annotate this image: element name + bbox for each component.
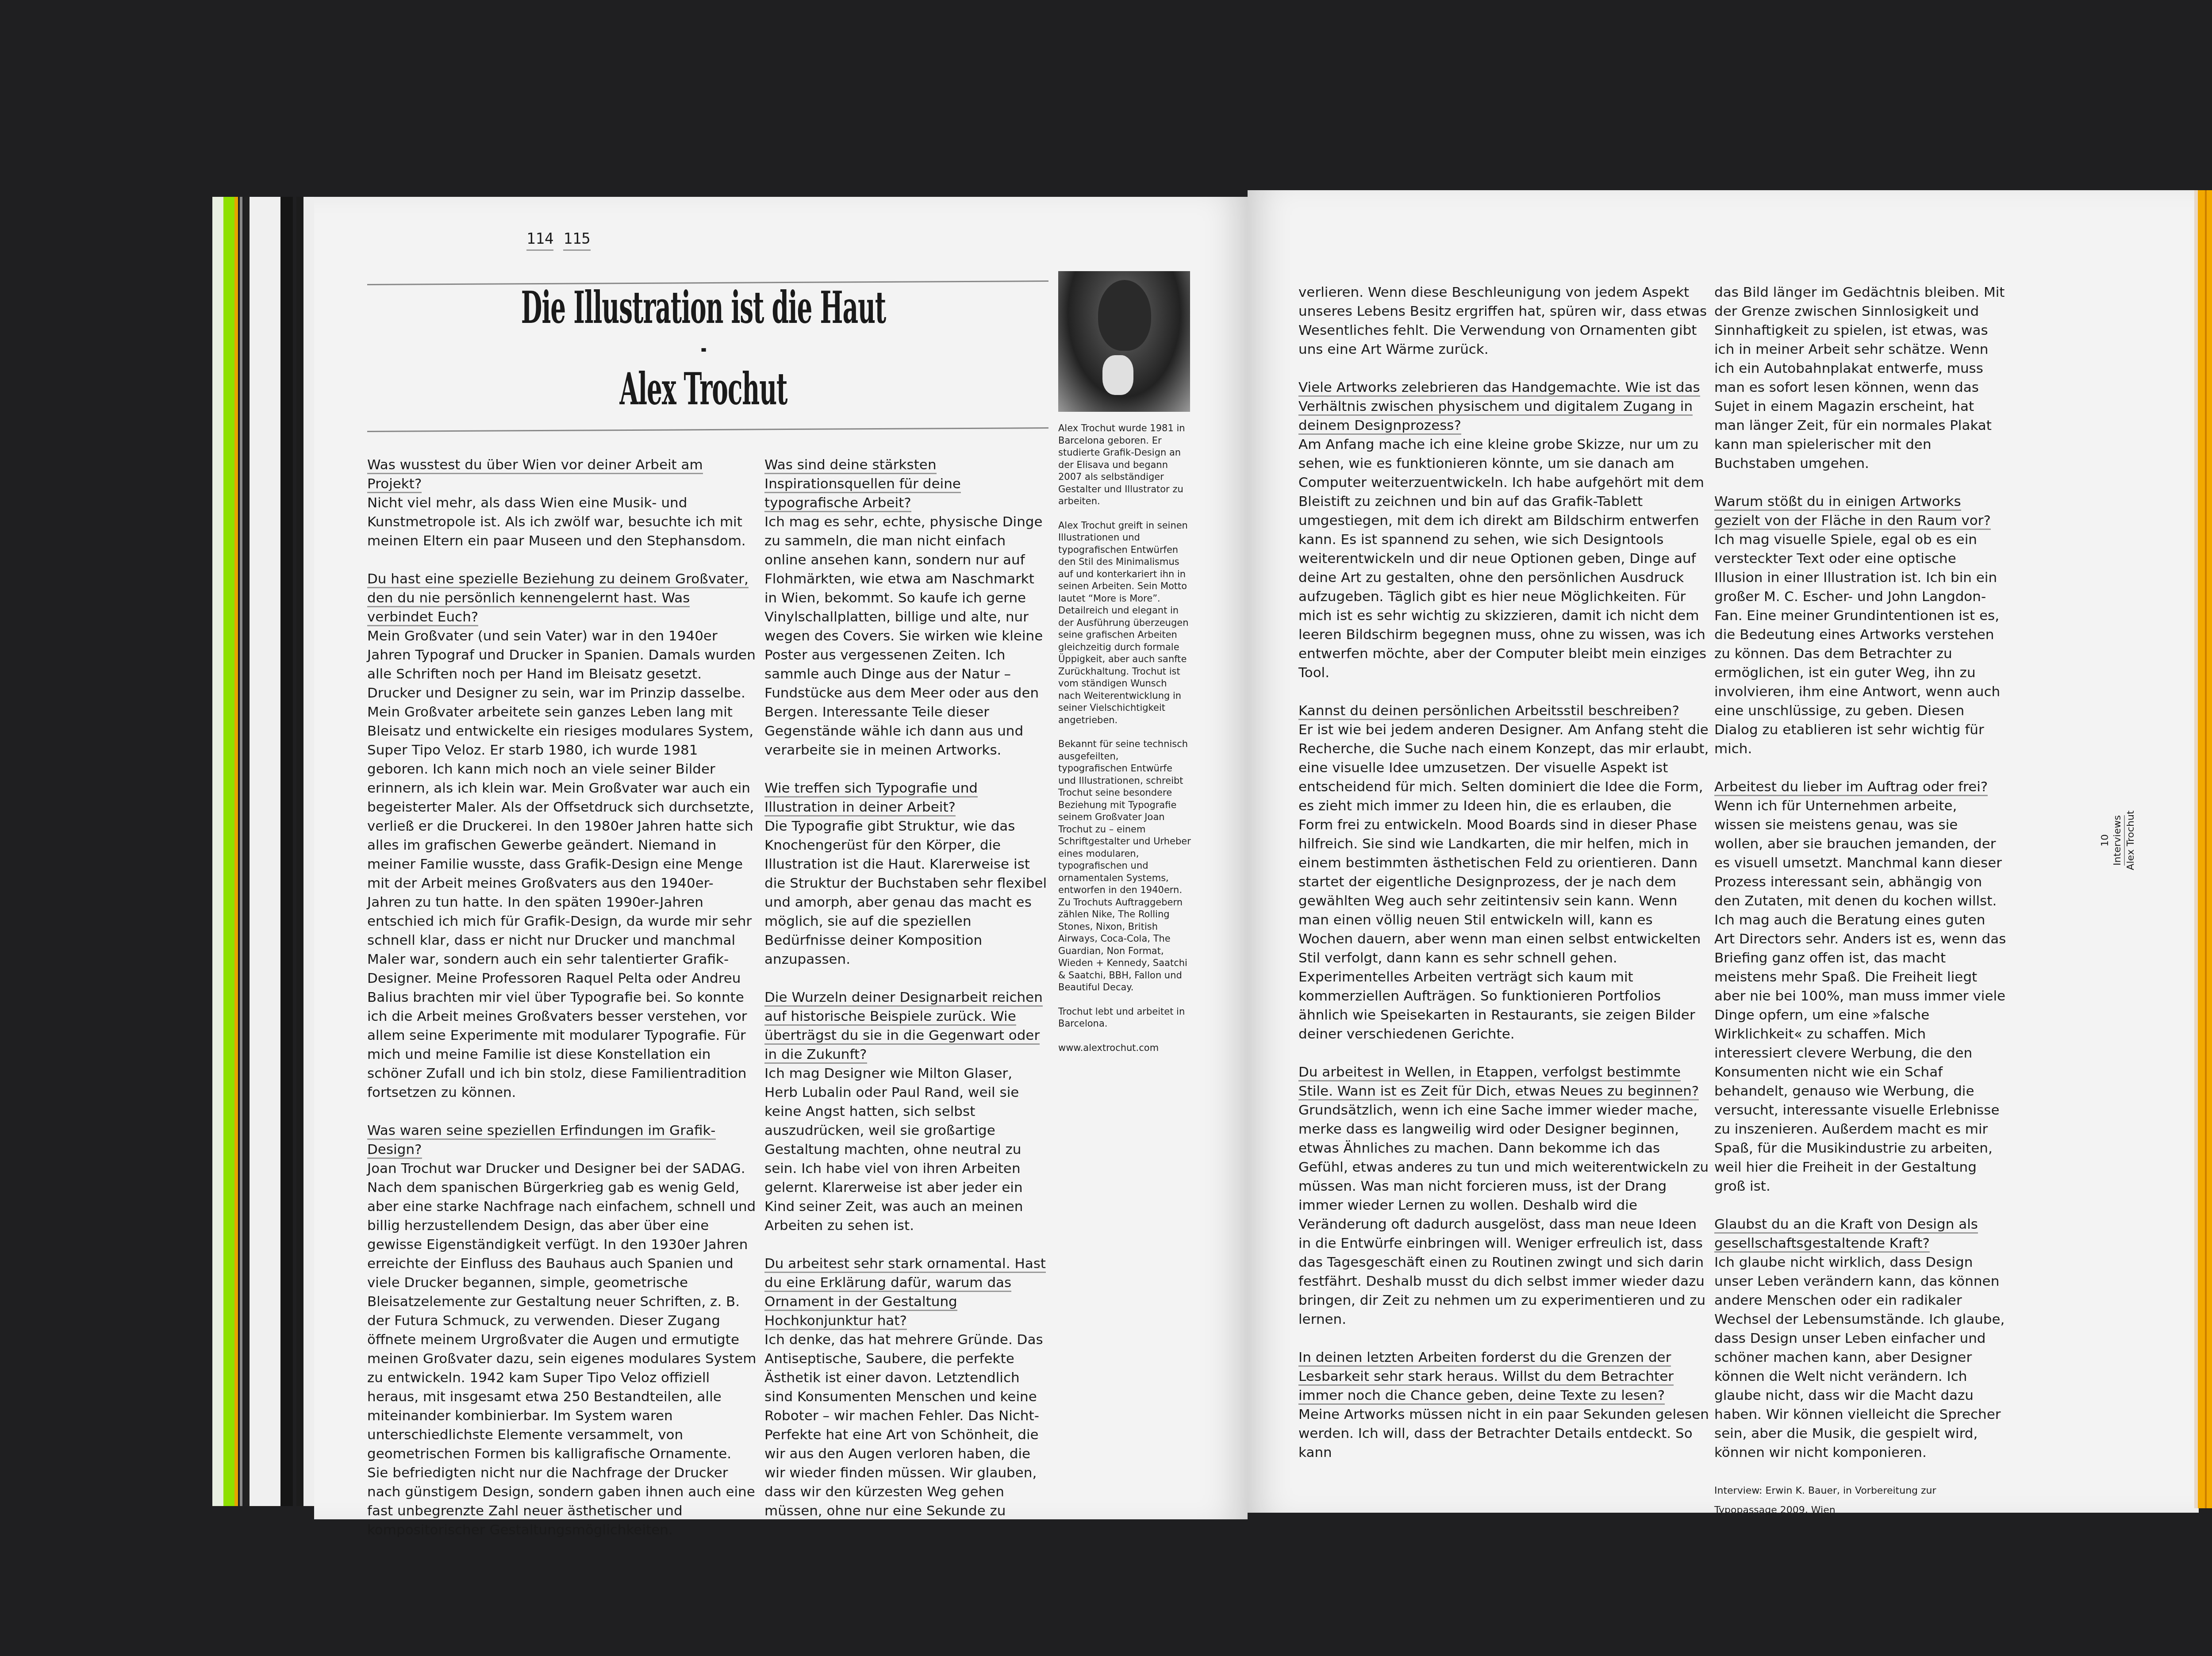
question: Du arbeitest sehr stark ornamental. Hast… bbox=[764, 1256, 1046, 1330]
question: Was wusstest du über Wien vor deiner Arb… bbox=[367, 457, 703, 493]
page-numbers: 114115 bbox=[526, 230, 600, 251]
answer: Joan Trochut war Drucker und Designer be… bbox=[367, 1161, 757, 1538]
qa-block: Was waren seine speziellen Erfindungen i… bbox=[367, 1121, 757, 1540]
answer: Ich mag Designer wie Milton Glaser, Herb… bbox=[764, 1066, 1023, 1234]
bio-paragraph: Bekannt für seine technisch ausgefeilten… bbox=[1058, 738, 1191, 994]
question: Was sind deine stärksten Inspirationsque… bbox=[764, 457, 961, 512]
answer: Ich mag es sehr, echte, physische Dinge … bbox=[764, 514, 1043, 758]
qa-block: Du arbeitest in Wellen, in Etappen, verf… bbox=[1298, 1063, 1710, 1329]
credit-line-2: Typopassage 2009, Wien bbox=[1714, 1501, 2006, 1520]
answer: Am Anfang mache ich eine kleine grobe Sk… bbox=[1298, 437, 1706, 681]
answer: Die Typografie gibt Struktur, wie das Kn… bbox=[764, 818, 1047, 967]
answer-continued: verlieren. Wenn diese Beschleunigung von… bbox=[1298, 283, 1710, 359]
answer: Grundsätzlich, wenn ich eine Sache immer… bbox=[1298, 1102, 1709, 1327]
book-edge-right bbox=[2194, 190, 2212, 1508]
website-link: www.alextrochut.com bbox=[1058, 1042, 1191, 1054]
title-dash: - bbox=[516, 336, 891, 360]
portrait-photo bbox=[1058, 271, 1190, 412]
qa-block: In deinen letzten Arbeiten forderst du d… bbox=[1298, 1348, 1710, 1462]
question: Kannst du deinen persönlichen Arbeitssti… bbox=[1298, 703, 1679, 720]
page-number-left: 114 bbox=[526, 230, 553, 251]
question: Du arbeitest in Wellen, in Etappen, verf… bbox=[1298, 1064, 1699, 1100]
qa-block: Was sind deine stärksten Inspirationsque… bbox=[764, 456, 1048, 760]
qa-block: Glaubst du an die Kraft von Design als g… bbox=[1714, 1215, 2006, 1462]
book-edge-left bbox=[212, 197, 319, 1506]
answer: Ich mag visuelle Spiele, egal ob es ein … bbox=[1714, 532, 2000, 757]
qa-block: Was wusstest du über Wien vor deiner Arb… bbox=[367, 456, 757, 551]
column-3: verlieren. Wenn diese Beschleunigung von… bbox=[1298, 283, 1710, 1481]
credit-line-1: Interview: Erwin K. Bauer, in Vorbereitu… bbox=[1714, 1481, 2006, 1501]
column-1: Was wusstest du über Wien vor deiner Arb… bbox=[367, 456, 757, 1559]
section-number: 10 bbox=[2099, 774, 2112, 907]
qa-block: Wie treffen sich Typografie und Illustra… bbox=[764, 779, 1048, 969]
qa-block: Du arbeitest sehr stark ornamental. Hast… bbox=[764, 1254, 1048, 1521]
question: In deinen letzten Arbeiten forderst du d… bbox=[1298, 1349, 1674, 1405]
photo-face bbox=[1098, 280, 1151, 351]
answer: Mein Großvater (und sein Vater) war in d… bbox=[367, 628, 756, 1100]
question: Warum stößt du in einigen Artworks gezie… bbox=[1714, 494, 1991, 530]
question: Die Wurzeln deiner Designarbeit reichen … bbox=[764, 989, 1043, 1064]
bio-paragraph: Trochut lebt und arbeitet in Barcelona. bbox=[1058, 1006, 1191, 1030]
question: Was waren seine speziellen Erfindungen i… bbox=[367, 1123, 716, 1159]
title-line-2: Alex Trochut bbox=[516, 364, 891, 413]
column-2: Was sind deine stärksten Inspirationsque… bbox=[764, 456, 1048, 1540]
qa-block: Warum stößt du in einigen Artworks gezie… bbox=[1714, 492, 2006, 759]
question: Arbeitest du lieber im Auftrag oder frei… bbox=[1714, 779, 1988, 796]
answer: Ich glaube nicht wirklich, dass Design u… bbox=[1714, 1254, 2005, 1460]
qa-block: Viele Artworks zelebrieren das Handgemac… bbox=[1298, 378, 1710, 682]
bio-sidebar: Alex Trochut wurde 1981 in Barcelona geb… bbox=[1058, 422, 1191, 1066]
qa-block: Arbeitest du lieber im Auftrag oder frei… bbox=[1714, 778, 2006, 1196]
qa-block: Die Wurzeln deiner Designarbeit reichen … bbox=[764, 988, 1048, 1235]
qa-block: Du hast eine spezielle Beziehung zu dein… bbox=[367, 570, 757, 1102]
section-subject: Alex Trochut bbox=[2125, 774, 2137, 907]
section-name: Interviews bbox=[2112, 815, 2125, 866]
answer: Er ist wie bei jedem anderen Designer. A… bbox=[1298, 722, 1709, 1042]
answer: Nicht viel mehr, als dass Wien eine Musi… bbox=[367, 495, 746, 549]
bio-paragraph: Alex Trochut greift in seinen Illustrati… bbox=[1058, 520, 1191, 727]
question: Wie treffen sich Typografie und Illustra… bbox=[764, 780, 978, 816]
question: Du hast eine spezielle Beziehung zu dein… bbox=[367, 571, 749, 626]
page-number-right: 115 bbox=[563, 230, 590, 251]
column-4: das Bild länger im Gedächtnis bleiben. M… bbox=[1714, 283, 2006, 1520]
answer-continued: das Bild länger im Gedächtnis bleiben. M… bbox=[1714, 283, 2006, 473]
qa-block: Kannst du deinen persönlichen Arbeitssti… bbox=[1298, 701, 1710, 1044]
photo-hand bbox=[1102, 355, 1133, 395]
question: Viele Artworks zelebrieren das Handgemac… bbox=[1298, 379, 1700, 435]
answer: Meine Artworks müssen nicht in ein paar … bbox=[1298, 1407, 1709, 1460]
bio-paragraph: Alex Trochut wurde 1981 in Barcelona geb… bbox=[1058, 422, 1191, 508]
article-title: Die Illustration ist die Haut - Alex Tro… bbox=[516, 283, 891, 413]
interview-credit: Interview: Erwin K. Bauer, in Vorbereitu… bbox=[1714, 1481, 2006, 1520]
question: Glaubst du an die Kraft von Design als g… bbox=[1714, 1216, 1978, 1253]
answer: Wenn ich für Unternehmen arbeite, wissen… bbox=[1714, 798, 2006, 1194]
section-marker: 10 Interviews Alex Trochut bbox=[2099, 774, 2137, 907]
title-line-1: Die Illustration ist die Haut bbox=[516, 283, 891, 332]
answer: Ich denke, das hat mehrere Gründe. Das A… bbox=[764, 1332, 1043, 1519]
